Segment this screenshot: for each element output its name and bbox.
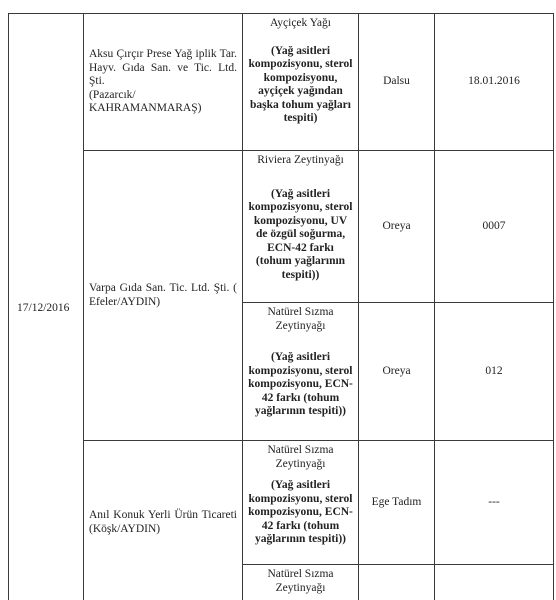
product-cell: Riviera Zeytinyağı (Yağ asitleri kompozi… — [243, 151, 359, 303]
product-cell: Natürel Sızma Zeytinyağı (Yağ asitleri k… — [243, 303, 359, 441]
batch-cell: 18.01.2016 — [435, 14, 554, 151]
brand-cell: Dalsu — [359, 14, 435, 151]
product-cell: Natürel Sızma Zeytinyağı (Yağ asitleri k… — [243, 441, 359, 565]
batch-cell: --- — [435, 441, 554, 565]
brand-cell: Oreya — [359, 151, 435, 303]
product-name: Natürel Sızma Zeytinyağı — [248, 306, 353, 333]
firm-cell: Varpa Gıda San. Tic. Ltd. Şti. ( Efeler/… — [84, 151, 243, 441]
brand-cell — [359, 565, 435, 600]
product-name: Ayçiçek Yağı — [248, 17, 353, 31]
table-row: Anıl Konuk Yerli Ürün Ticareti (Köşk/AYD… — [9, 441, 554, 565]
batch-cell: 0007 — [435, 151, 554, 303]
batch-cell: 012 — [435, 303, 554, 441]
firm-cell: Anıl Konuk Yerli Ürün Ticareti (Köşk/AYD… — [84, 441, 243, 600]
table-row: Varpa Gıda San. Tic. Ltd. Şti. ( Efeler/… — [9, 151, 554, 303]
date-cell: 17/12/2016 — [9, 14, 84, 600]
firm-cell: Aksu Çırçır Prese Yağ iplik Tar. Hayv. G… — [84, 14, 243, 151]
brand-cell: Ege Tadım — [359, 441, 435, 565]
table-row: 17/12/2016 Aksu Çırçır Prese Yağ iplik T… — [9, 14, 554, 151]
product-tests: (Yağ asitleri kompozisyonu, sterol kompo… — [248, 351, 353, 419]
batch-cell — [435, 565, 554, 600]
product-name: Natürel Sızma Zeytinyağı — [248, 568, 353, 595]
brand-cell: Oreya — [359, 303, 435, 441]
product-tests: (Yağ asitleri kompozisyonu, sterol kompo… — [248, 45, 353, 126]
product-tests: (Yağ asitleri kompozisyonu, sterol kompo… — [248, 188, 353, 283]
product-tests: (Yağ asitleri kompozisyonu, sterol kompo… — [248, 479, 353, 547]
product-cell: Ayçiçek Yağı (Yağ asitleri kompozisyonu,… — [243, 14, 359, 151]
product-name: Riviera Zeytinyağı — [248, 154, 353, 168]
product-cell: Natürel Sızma Zeytinyağı — [243, 565, 359, 600]
product-name: Natürel Sızma Zeytinyağı — [248, 444, 353, 471]
inspection-results-table: 17/12/2016 Aksu Çırçır Prese Yağ iplik T… — [8, 13, 554, 600]
